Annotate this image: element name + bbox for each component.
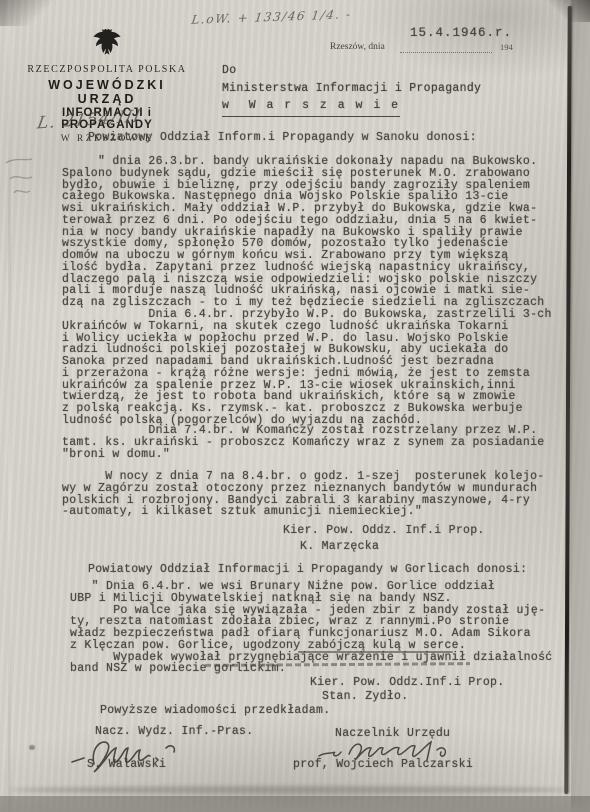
recipient-line-city: w W a r s z a w i e [222, 97, 400, 117]
sanok-paragraph-1: " dnia 26.3.br. bandy ukraińskie dokonał… [62, 156, 544, 309]
margin-pencil-scribble-icon [2, 155, 42, 205]
scan-edge-right [571, 0, 590, 812]
sanok-report-heading: Powiatowy Oddział Inform.i Propagandy w … [88, 132, 477, 144]
gorlice-paragraph-1: " Dnia 6.4.br. we wsi Brunary Niźne pow.… [70, 581, 552, 675]
handwritten-top-annotation: L.oW. + 133/46 1/4. - [191, 7, 353, 27]
sanok-paragraph-2: Dnia 6.4.br. przybyło W.P. do Bukowska, … [62, 309, 552, 427]
fold-crease [8, 0, 11, 812]
sanok-paragraph-3: Dnia 7.4.br. w Komańczy został rozstrzel… [62, 425, 544, 460]
paper-background: RZECZPOSPOLITA POLSKA WOJEWÓDZKI URZĄD I… [0, 0, 590, 812]
gorlice-signoff-name: Stan. Zydło. [322, 691, 408, 703]
recipient-line-do: Do [222, 62, 481, 80]
scanned-document-page: { "theme": { "paper_color": "#d6d3cb", "… [0, 0, 590, 812]
scan-edge-bottom [0, 796, 590, 812]
footer-left-name: S. Walawski [87, 759, 166, 771]
pencil-underline-kula-w-serce [298, 651, 453, 653]
letterhead-country: RZECZPOSPOLITA POLSKA [18, 64, 196, 75]
gorlice-signoff-title: Kier. Pow. Oddz.Inf.i Prop. [310, 676, 504, 690]
dateline-typed-date: 15.4.1946.r. [410, 28, 512, 40]
recipient-line-ministry: Ministerstwa Informacji i Propagandy [222, 80, 481, 98]
recipient-address: Do Ministerstwa Informacji i Propagandy … [222, 62, 481, 117]
ink-blot [29, 745, 35, 750]
polish-eagle-icon [90, 26, 124, 58]
dateline-dotted-rule [400, 40, 492, 53]
sanok-paragraph-4: W nocy z dnia 7 na 8.4.br. o godz. 1-sze… [62, 471, 544, 518]
letterhead-office-line1: WOJEWÓDZKI URZĄD [18, 78, 196, 106]
sanok-signoff-name: K. Marzęcka [300, 541, 379, 553]
corner-shadow-top-right [548, 0, 590, 22]
dateline-year-stub: 194 [500, 42, 513, 52]
gorlice-report-heading: Powiatowy Oddział Informacji i Propagand… [88, 564, 527, 576]
footer-right-name: prof, Wojciech Palczarski [293, 759, 473, 771]
smudge-bottom [10, 786, 570, 794]
dateline-place-label: Rzeszów, dnia [330, 42, 385, 52]
sanok-signoff-title: Kier. Pow. Oddz. Inf.i Prop. [283, 522, 485, 539]
closing-statement: Powyższe wiadomości przedkładam. [100, 705, 330, 717]
corner-shadow-top-left [0, 0, 60, 26]
